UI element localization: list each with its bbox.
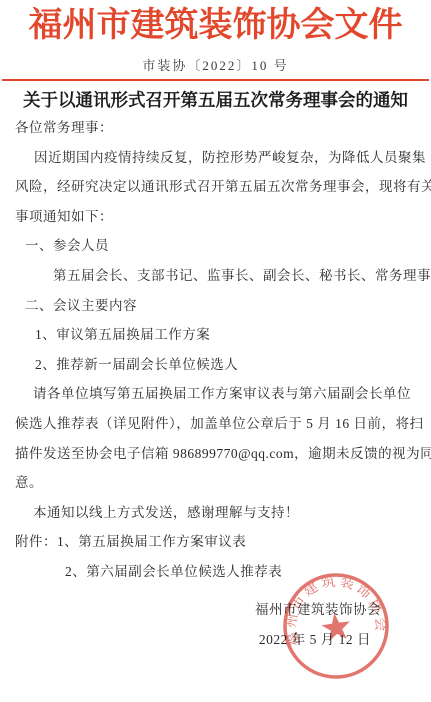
body-line-salutation: 各位常务理事： [15, 113, 416, 143]
body-line: 请各单位填写第五届换届工作方案审议表与第六届副会长单位 [15, 379, 416, 409]
notice-body: 各位常务理事： 因近期国内疫情持续反复，防控形势严峻复杂，为降低人员聚集 风险，… [15, 113, 416, 587]
document-number: 市装协〔2022〕10 号 [0, 59, 431, 73]
body-line-section-2: 二、会议主要内容 [15, 291, 416, 321]
document-header-title: 福州市建筑装饰协会文件 [0, 0, 431, 47]
body-line: 因近期国内疫情持续反复，防控形势严峻复杂，为降低人员聚集 [15, 143, 416, 173]
header-divider-rule [2, 79, 429, 81]
official-document-page: 福州市建筑装饰协会文件 市装协〔2022〕10 号 关于以通讯形式召开第五届五次… [0, 0, 431, 702]
body-line-attachment-1: 附件：1、第五届换届工作方案审议表 [15, 527, 416, 557]
body-line: 本通知以线上方式发送，感谢理解与支持！ [15, 498, 416, 528]
notice-title: 关于以通讯形式召开第五届五次常务理事会的通知 [0, 88, 431, 112]
signature-org: 福州市建筑装饰协会 [0, 595, 431, 625]
body-line-section-1: 一、参会人员 [15, 231, 416, 261]
body-line: 第五届会长、支部书记、监事长、副会长、秘书长、常务理事 [15, 261, 416, 291]
body-line-attachment-2: 2、第六届副会长单位候选人推荐表 [15, 557, 416, 587]
body-line-item-1: 1、审议第五届换届工作方案 [15, 320, 416, 350]
body-line: 风险，经研究决定以通讯形式召开第五届五次常务理事会，现将有关 [15, 172, 416, 202]
body-line: 事项通知如下： [15, 202, 416, 232]
body-line: 意。 [15, 468, 416, 498]
body-line-email: 描件发送至协会电子信箱 986899770@qq.com，逾期未反馈的视为同 [15, 439, 416, 469]
signature-date: 2022 年 5 月 12 日 [0, 625, 431, 655]
body-line: 候选人推荐表（详见附件），加盖单位公章后于 5 月 16 日前，将扫 [15, 409, 416, 439]
body-line-item-2: 2、推荐新一届副会长单位候选人 [15, 350, 416, 380]
